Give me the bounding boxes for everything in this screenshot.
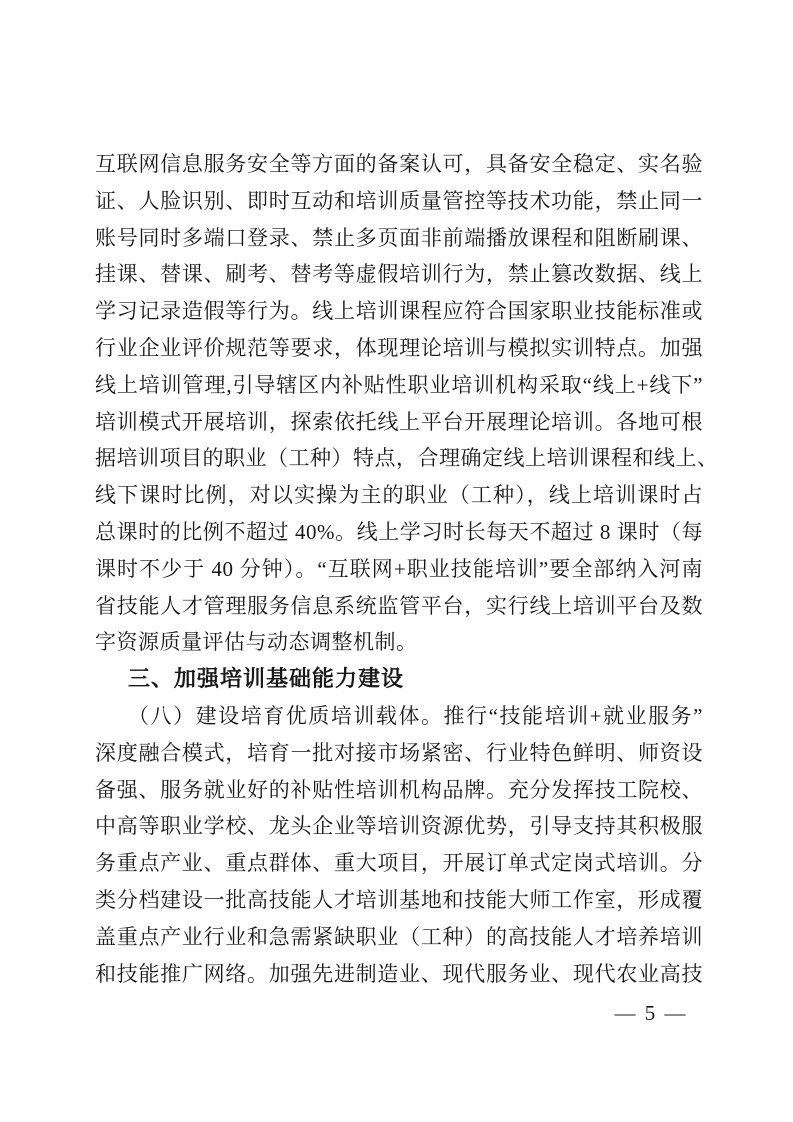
body-line: 线下课时比例，对以实操为主的职业（工种），线上培训课时占 xyxy=(95,477,703,514)
body-line: 备强、服务就业好的补贴性培训机构品牌。充分发挥技工院校、 xyxy=(95,772,703,809)
section-heading: 三、加强培训基础能力建设 xyxy=(95,661,703,698)
body-line: 线上培训管理,引导辖区内补贴性职业培训机构采取“线上+线下” xyxy=(95,367,703,404)
body-line: 务重点产业、重点群体、重大项目，开展订单式定岗式培训。分 xyxy=(95,845,703,882)
body-line: 挂课、替课、刷考、替考等虚假培训行为，禁止篡改数据、线上 xyxy=(95,256,703,293)
paragraph-lead-line: （八）建设培育优质培训载体。推行“技能培训+就业服务” xyxy=(95,698,703,735)
body-line: 字资源质量评估与动态调整机制。 xyxy=(95,624,703,661)
body-line: 课时不少于 40 分钟）。“互联网+职业技能培训”要全部纳入河南 xyxy=(95,551,703,588)
page-number: — 5 — xyxy=(598,997,704,1029)
body-line: 省技能人才管理服务信息系统监管平台，实行线上培训平台及数 xyxy=(95,588,703,625)
body-line: 中高等职业学校、龙头企业等培训资源优势，引导支持其积极服 xyxy=(95,808,703,845)
body-line: 学习记录造假等行为。线上培训课程应符合国家职业技能标准或 xyxy=(95,293,703,330)
body-line: 互联网信息服务安全等方面的备案认可，具备安全稳定、实名验 xyxy=(95,146,703,183)
body-line: 盖重点产业行业和急需紧缺职业（工种）的高技能人才培养培训 xyxy=(95,919,703,956)
body-line: 行业企业评价规范等要求，体现理论培训与模拟实训特点。加强 xyxy=(95,330,703,367)
paragraph-lead: （八）建设培育优质培训载体。 xyxy=(128,704,444,728)
body-line: 总课时的比例不超过 40%。线上学习时长每天不超过 8 课时（每 xyxy=(95,514,703,551)
paragraph-lead-rest: 推行“技能培训+就业服务” xyxy=(444,704,703,728)
body-line: 培训模式开展培训，探索依托线上平台开展理论培训。各地可根 xyxy=(95,404,703,441)
body-line: 据培训项目的职业（工种）特点，合理确定线上培训课程和线上、 xyxy=(95,440,703,477)
body-line: 证、人脸识别、即时互动和培训质量管控等技术功能，禁止同一 xyxy=(95,183,703,220)
text-block: 互联网信息服务安全等方面的备案认可，具备安全稳定、实名验 证、人脸识别、即时互动… xyxy=(95,146,703,992)
body-line: 账号同时多端口登录、禁止多页面非前端播放课程和阻断刷课、 xyxy=(95,220,703,257)
document-page: 互联网信息服务安全等方面的备案认可，具备安全稳定、实名验 证、人脸识别、即时互动… xyxy=(0,0,793,1122)
body-line: 深度融合模式，培育一批对接市场紧密、行业特色鲜明、师资设 xyxy=(95,735,703,772)
body-line: 和技能推广网络。加强先进制造业、现代服务业、现代农业高技 xyxy=(95,956,703,993)
body-line: 类分档建设一批高技能人才培训基地和技能大师工作室，形成覆 xyxy=(95,882,703,919)
